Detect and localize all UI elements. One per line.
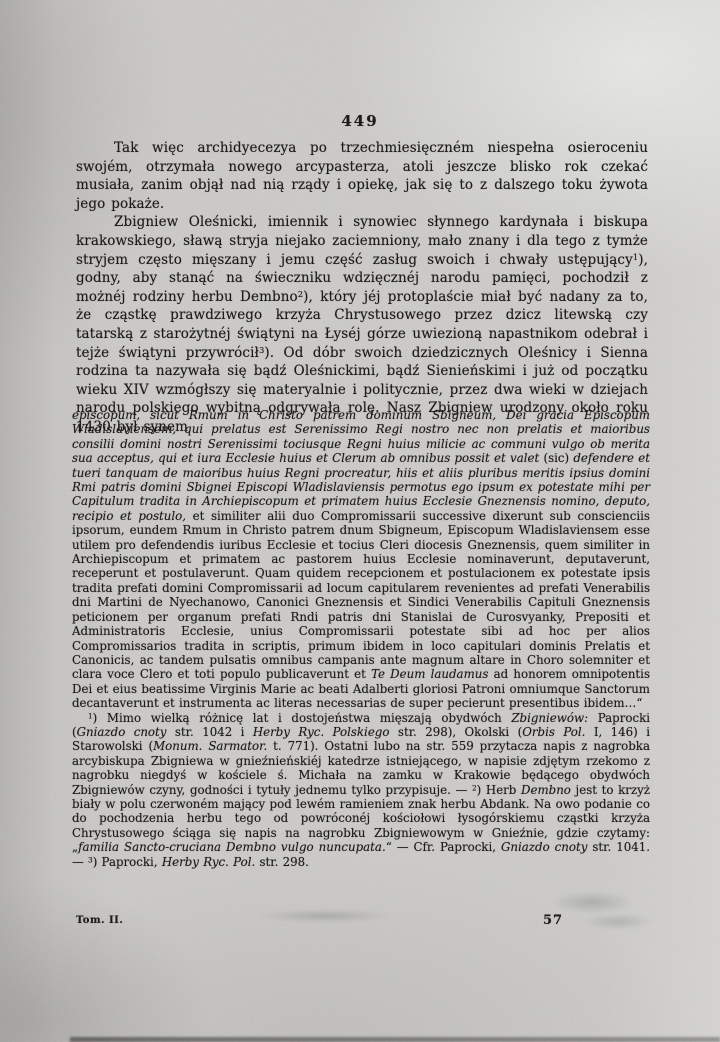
- text-segment: str. 298.: [255, 855, 309, 869]
- text-segment: familia Sancto-cruciana Dembno vulgo nun…: [78, 840, 386, 854]
- main-body-text: Tak więc archidyecezya po trzechmiesięcz…: [76, 139, 648, 437]
- text-segment: Dembno: [521, 783, 571, 797]
- text-segment: str. 1042 i: [166, 725, 252, 739]
- text-segment: Gniazdo cnoty: [501, 840, 587, 854]
- text-segment: ) Paprocki,: [93, 855, 162, 869]
- text-segment: Orbis Pol.: [522, 725, 585, 739]
- text-segment: Herby Ryc. Pol.: [162, 855, 255, 869]
- body-paragraph: Zbigniew Oleśnicki, imiennik i synowiec …: [76, 213, 648, 436]
- text-segment: Tak więc archidyecezya po trzechmiesięcz…: [76, 140, 648, 212]
- text-segment: str. 298), Okolski (: [389, 725, 522, 739]
- footnotes-section: episcopum, sicut Rmum in Christo patrem …: [72, 408, 650, 869]
- scan-edge-artifact: [70, 1037, 720, 1042]
- page-number: 449: [0, 112, 720, 130]
- volume-label: Tom. II.: [76, 915, 123, 926]
- sheet-number: 57: [543, 913, 563, 928]
- text-segment: ) Herb: [477, 783, 521, 797]
- faint-scribble-smudge: [225, 903, 425, 929]
- footnote-notes-paragraph: 1) Mimo wielką różnicę lat i dostojeństw…: [72, 711, 650, 869]
- body-paragraph: Tak więc archidyecezya po trzechmiesięcz…: [76, 139, 648, 213]
- text-segment: Herby Ryc. Polskiego: [253, 725, 390, 739]
- text-segment: “ — Cfr. Paprocki,: [386, 840, 501, 854]
- text-segment: ) Mimo wielką różnicę lat i dostojeństwa…: [93, 711, 512, 725]
- text-segment: Zbigniew Oleśnicki, imiennik i synowiec …: [76, 214, 648, 267]
- text-segment: et similiter alii duo Compromissarii suc…: [72, 509, 650, 681]
- text-segment: Zbigniewów:: [511, 711, 588, 725]
- text-segment: Te Deum laudamus: [371, 667, 488, 681]
- text-segment: (sic): [543, 451, 569, 465]
- scanned-book-page: 449 Tak więc archidyecezya po trzechmies…: [0, 0, 720, 1042]
- text-segment: Gniazdo cnoty: [77, 725, 167, 739]
- text-segment: Monum. Sarmator.: [153, 739, 267, 753]
- footnote-latin-quote-continuation: episcopum, sicut Rmum in Christo patrem …: [72, 408, 650, 711]
- faint-stamp-smudge: [540, 888, 670, 936]
